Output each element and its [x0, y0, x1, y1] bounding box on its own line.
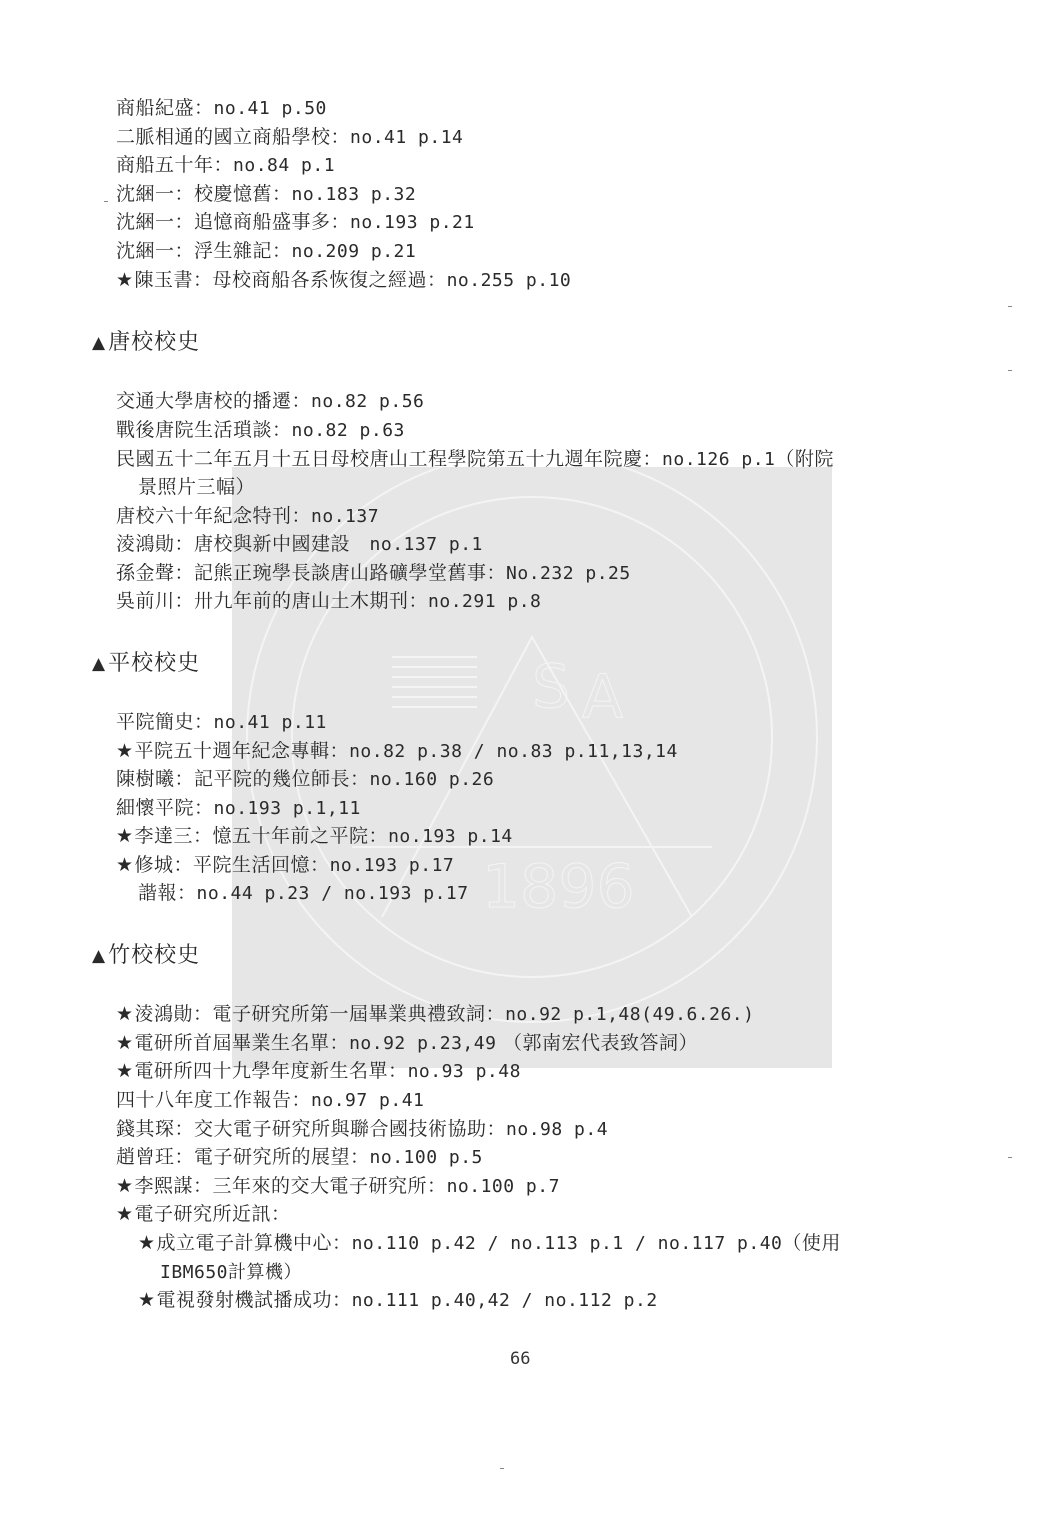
scan-speck	[1008, 370, 1012, 371]
entry: ★修城：平院生活回憶：no.193 p.17	[116, 853, 454, 878]
entry: ★電子研究所近訊：	[116, 1202, 291, 1226]
star-icon: ★	[116, 1203, 134, 1225]
triangle-icon: ▲	[92, 329, 106, 357]
star-icon: ★	[116, 1175, 134, 1197]
triangle-icon: ▲	[92, 942, 106, 970]
entry: ★平院五十週年紀念專輯：no.82 p.38 / no.83 p.11,13,1…	[116, 739, 678, 764]
star-icon: ★	[116, 1032, 134, 1054]
entry: ★李達三：憶五十年前之平院：no.193 p.14	[116, 824, 513, 849]
page-number: 66	[510, 1349, 530, 1369]
star-icon: ★	[116, 269, 134, 291]
entry: 陳樹曦：記平院的幾位師長：no.160 p.26	[116, 767, 494, 792]
entry: 商船紀盛：no.41 p.50	[116, 96, 327, 121]
entry: 戰後唐院生活瑣談：no.82 p.63	[116, 418, 405, 443]
entry-continuation: 景照片三幅）	[138, 475, 255, 499]
entry: 孫金聲：記熊正琬學長談唐山路礦學堂舊事：No.232 p.25	[116, 561, 631, 586]
entry: 唐校六十年紀念特刊：no.137	[116, 504, 379, 529]
entry: 沈綑一：浮生雜記：no.209 p.21	[116, 239, 416, 264]
entry: 錢其琛：交大電子研究所與聯合國技術協助：no.98 p.4	[116, 1117, 608, 1142]
document-page: 商船紀盛：no.41 p.50 二脈相通的國立商船學校：no.41 p.14 商…	[0, 0, 1064, 1536]
entry: 交通大學唐校的播遷：no.82 p.56	[116, 389, 424, 414]
star-icon: ★	[116, 1060, 134, 1082]
entry: ★陳玉書：母校商船各系恢復之經過：no.255 p.10	[116, 268, 571, 293]
scan-speck	[500, 1468, 504, 1469]
star-icon: ★	[138, 1289, 156, 1311]
entry: ★電研所首屆畢業生名單：no.92 p.23,49 （郭南宏代表致答詞）	[116, 1031, 698, 1056]
scan-speck	[104, 201, 108, 202]
star-icon: ★	[116, 740, 134, 762]
entry: ★成立電子計算機中心：no.110 p.42 / no.113 p.1 / no…	[138, 1231, 841, 1256]
section-heading-zhu: ▲竹校校史	[92, 942, 200, 970]
entry: 沈綑一：校慶憶舊：no.183 p.32	[116, 182, 416, 207]
star-icon: ★	[116, 854, 134, 876]
section-heading-ping: ▲平校校史	[92, 650, 200, 678]
entry: 平院簡史：no.41 p.11	[116, 710, 327, 735]
entry: 細懷平院：no.193 p.1,11	[116, 796, 361, 821]
scan-speck	[1008, 1157, 1012, 1158]
entry: 沈綑一：追憶商船盛事多：no.193 p.21	[116, 210, 475, 235]
entry: 四十八年度工作報告：no.97 p.41	[116, 1088, 424, 1113]
entry: 趙曾玨：電子研究所的展望：no.100 p.5	[116, 1145, 483, 1170]
entry: 諧報：no.44 p.23 / no.193 p.17	[138, 881, 469, 906]
entry-continuation: IBM650計算機）	[160, 1260, 302, 1285]
scan-speck	[1008, 306, 1012, 307]
entry: 淩鴻勛：唐校與新中國建設 no.137 p.1	[116, 532, 483, 557]
entry: 商船五十年：no.84 p.1	[116, 153, 335, 178]
triangle-icon: ▲	[92, 650, 106, 678]
entry: 二脈相通的國立商船學校：no.41 p.14	[116, 125, 463, 150]
entry: 民國五十二年五月十五日母校唐山工程學院第五十九週年院慶：no.126 p.1（附…	[116, 447, 834, 472]
entry: ★淩鴻勛：電子研究所第一屆畢業典禮致詞：no.92 p.1,48(49.6.26…	[116, 1002, 754, 1027]
entry: 吳前川：卅九年前的唐山土木期刊：no.291 p.8	[116, 589, 541, 614]
star-icon: ★	[116, 825, 134, 847]
section-heading-tang: ▲唐校校史	[92, 329, 200, 357]
entry: ★電研所四十九學年度新生名單：no.93 p.48	[116, 1059, 521, 1084]
star-icon: ★	[116, 1003, 134, 1025]
entry: ★電視發射機試播成功：no.111 p.40,42 / no.112 p.2	[138, 1288, 658, 1313]
star-icon: ★	[138, 1232, 156, 1254]
entry: ★李熙謀：三年來的交大電子研究所：no.100 p.7	[116, 1174, 560, 1199]
